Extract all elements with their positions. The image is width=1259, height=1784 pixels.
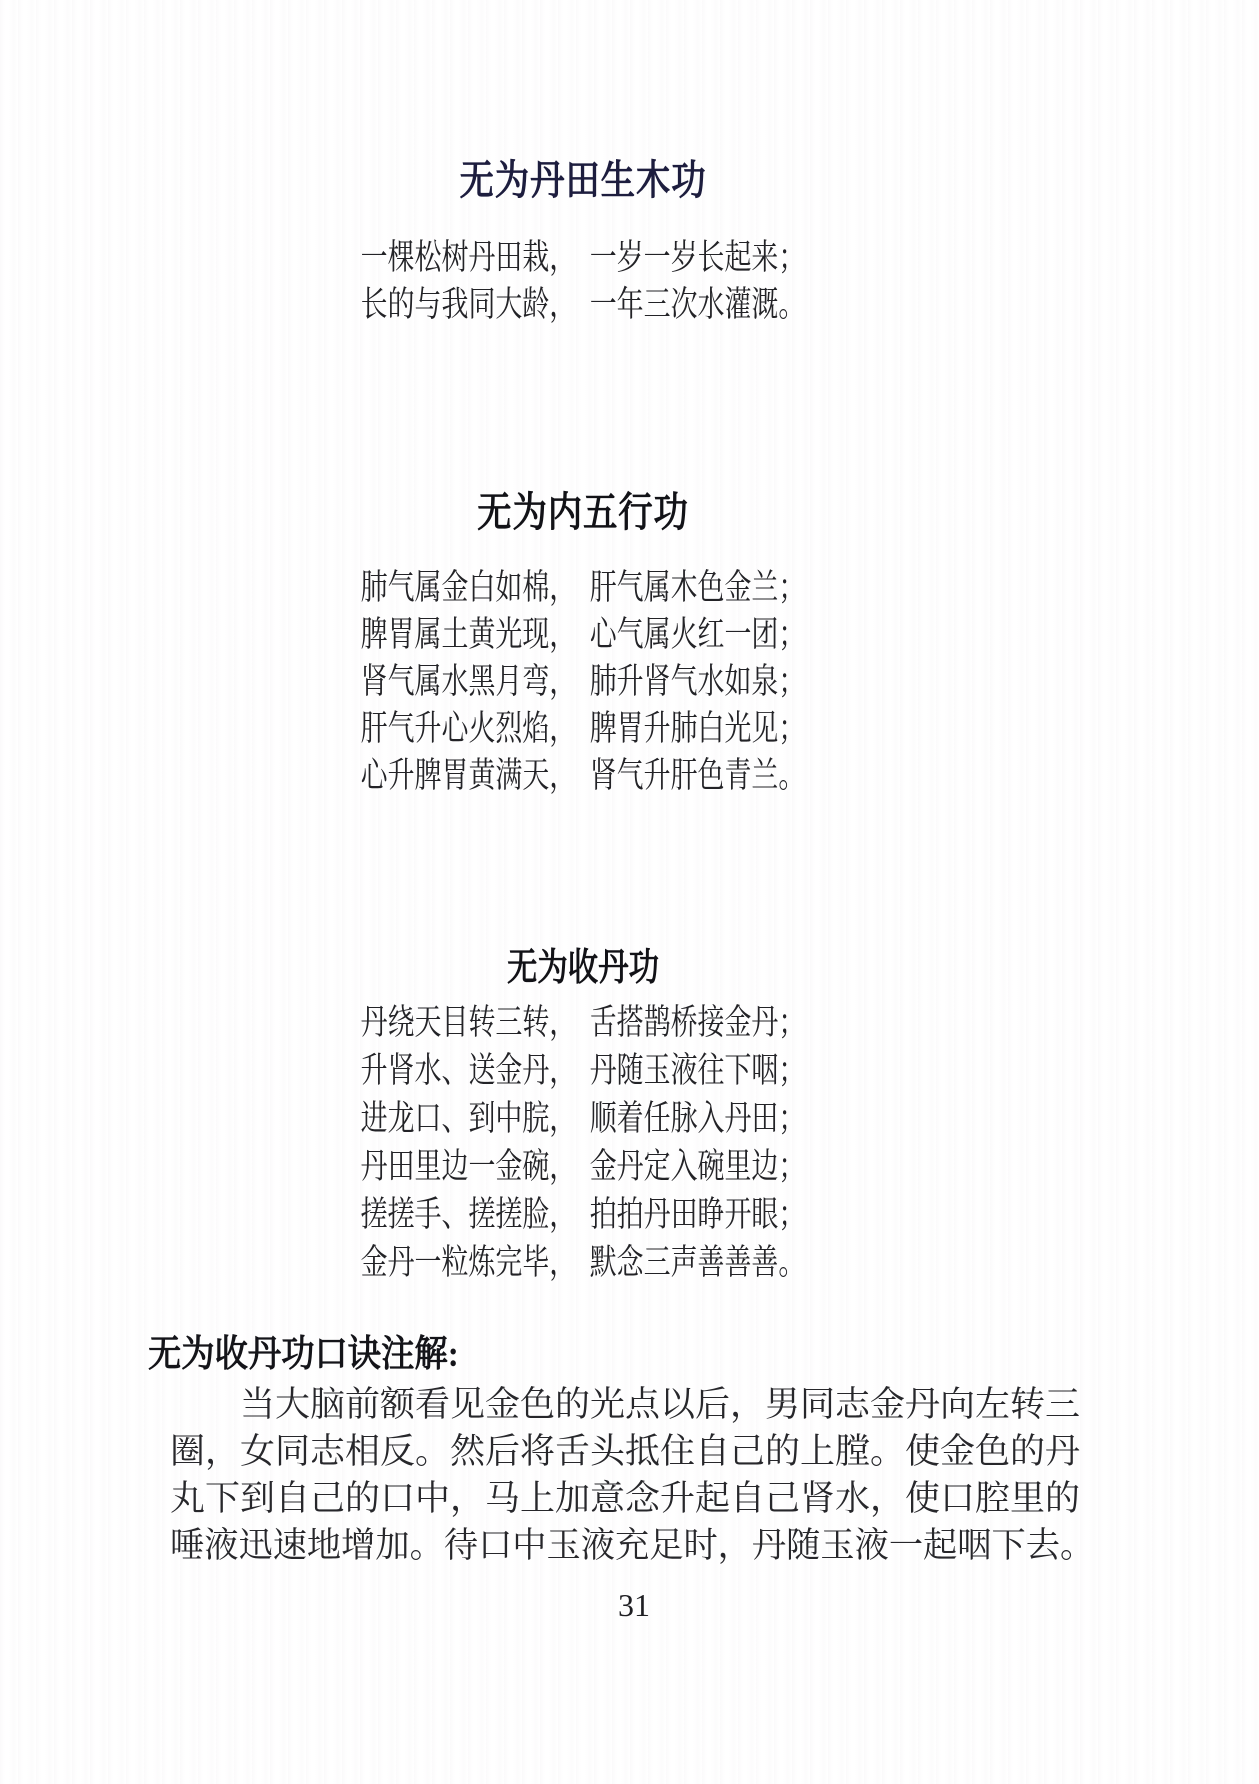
poem-line: 心升脾胃黄满天， 肾气升肝色青兰。 xyxy=(134,752,1032,799)
poem-line: 搓搓手、搓搓脸， 拍拍丹田睁开眼； xyxy=(134,1191,1032,1239)
poem-verse-dantian-shengmu: 一棵松树丹田栽， 一岁一岁长起来； 长的与我同大龄， 一年三次水灌溉。 xyxy=(134,234,1032,328)
annotation-line: 当大脑前额看见金色的光点以后，男同志金丹向左转三 xyxy=(170,1381,1098,1428)
document-page: 无为丹田生木功 一棵松树丹田栽， 一岁一岁长起来； 长的与我同大龄， 一年三次水… xyxy=(0,0,1259,1784)
poem-line: 肝气升心火烈焰， 脾胃升肺白光见； xyxy=(134,705,1032,752)
annotation-line: 丸下到自己的口中，马上加意念升起自己肾水，使口腔里的 xyxy=(170,1475,1098,1522)
poem-title-dantian-shengmu: 无为丹田生木功 xyxy=(0,154,1166,206)
poem-title-text: 无为内五行功 xyxy=(477,486,689,538)
annotation-heading: 无为收丹功口诀注解: xyxy=(148,1332,778,1378)
annotation-line: 圈，女同志相反。然后将舌头抵住自己的上膛。使金色的丹 xyxy=(170,1428,1098,1475)
page-number: 31 xyxy=(170,1587,1098,1623)
poem-line: 脾胃属土黄光现， 心气属火红一团； xyxy=(134,611,1032,658)
annotation-paragraph: 当大脑前额看见金色的光点以后，男同志金丹向左转三 圈，女同志相反。然后将舌头抵住… xyxy=(170,1381,1098,1569)
poem-verse-nei-wuxing: 肺气属金白如棉， 肝气属木色金兰； 脾胃属土黄光现， 心气属火红一团； 肾气属水… xyxy=(134,564,1032,799)
poem-title-text: 无为丹田生木功 xyxy=(460,154,707,206)
poem-title-shoudan: 无为收丹功 xyxy=(0,944,1166,992)
poem-title-text: 无为收丹功 xyxy=(507,944,659,992)
poem-line: 一棵松树丹田栽， 一岁一岁长起来； xyxy=(134,234,1032,281)
poem-line: 金丹一粒炼完毕， 默念三声善善善。 xyxy=(134,1239,1032,1287)
poem-line: 进龙口、到中脘， 顺着任脉入丹田； xyxy=(134,1095,1032,1143)
poem-line: 长的与我同大龄， 一年三次水灌溉。 xyxy=(134,281,1032,328)
poem-verse-shoudan: 丹绕天目转三转， 舌搭鹊桥接金丹； 升肾水、送金丹， 丹随玉液往下咽； 进龙口、… xyxy=(134,999,1032,1287)
poem-line: 丹田里边一金碗， 金丹定入碗里边； xyxy=(134,1143,1032,1191)
poem-title-nei-wuxing: 无为内五行功 xyxy=(0,486,1166,538)
poem-line: 升肾水、送金丹， 丹随玉液往下咽； xyxy=(134,1047,1032,1095)
poem-line: 肺气属金白如棉， 肝气属木色金兰； xyxy=(134,564,1032,611)
poem-line: 丹绕天目转三转， 舌搭鹊桥接金丹； xyxy=(134,999,1032,1047)
poem-line: 肾气属水黑月弯， 肺升肾气水如泉； xyxy=(134,658,1032,705)
annotation-line: 唾液迅速地增加。待口中玉液充足时，丹随玉液一起咽下去。 xyxy=(170,1522,1078,1569)
